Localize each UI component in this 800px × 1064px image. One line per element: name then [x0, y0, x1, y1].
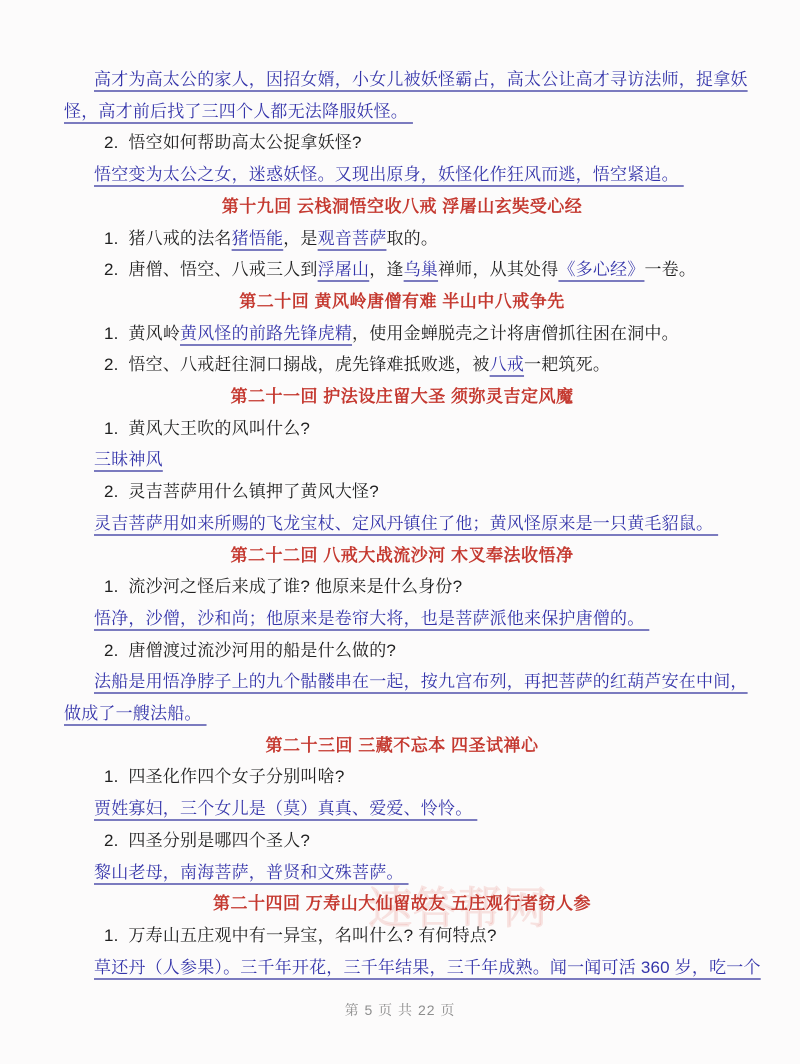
- question-line: 1. 流沙河之怪后来成了谁? 他原来是什么身份?: [64, 571, 740, 603]
- question-text: 1. 猪八戒的法名: [104, 229, 232, 248]
- question-line: 1. 黄风岭黄风怪的前路先锋虎精，使用金蝉脱壳之计将唐僧抓往困在洞中。: [64, 318, 740, 350]
- answer-line: 草还丹（人参果）。三千年开花，三千年结果，三千年成熟。闻一闻可活 360 岁，吃…: [64, 952, 740, 984]
- question-text: 禅师，从其处得: [438, 260, 558, 279]
- document-page: 速答帮网 高才为高太公的家人，因招女婿，小女儿被妖怪霸占，高太公让高才寻访法师，…: [0, 0, 800, 1064]
- chapter-heading: 第二十四回 万寿山大仙留故友 五庄观行者窃人参: [64, 888, 740, 920]
- answer-line: 悟净，沙僧，沙和尚；他原来是卷帘大将，也是菩萨派他来保护唐僧的。: [64, 603, 740, 635]
- question-line: 1. 万寿山五庄观中有一异宝，名叫什么? 有何特点?: [64, 920, 740, 952]
- answer-line: 做成了一艘法船。: [64, 698, 740, 730]
- chapter-heading: 第二十回 黄风岭唐僧有难 半山中八戒争先: [64, 286, 740, 318]
- answer-line: 怪，高才前后找了三四个人都无法降服妖怪。: [64, 96, 740, 128]
- answer-text: 乌巢: [404, 260, 438, 279]
- answer-text: 高才为高太公的家人，因招女婿，小女儿被妖怪霸占，高太公让高才寻访法师，捉拿妖: [94, 70, 748, 89]
- question-line: 2. 悟空、八戒赶往洞口搦战，虎先锋难抵败逃，被八戒一耙筑死。: [64, 349, 740, 381]
- question-line: 2. 四圣分别是哪四个圣人?: [64, 825, 740, 857]
- question-line: 1. 四圣化作四个女子分别叫啥?: [64, 761, 740, 793]
- answer-line: 高才为高太公的家人，因招女婿，小女儿被妖怪霸占，高太公让高才寻访法师，捉拿妖: [64, 64, 740, 96]
- question-text: 取的。: [386, 229, 438, 248]
- answer-text: 悟净，沙僧，沙和尚；他原来是卷帘大将，也是菩萨派他来保护唐僧的。: [94, 609, 649, 628]
- question-text: 1. 流沙河之怪后来成了谁? 他原来是什么身份?: [104, 577, 462, 596]
- question-text: 2. 灵吉菩萨用什么镇押了黄风大怪?: [104, 482, 379, 501]
- answer-text: 《多心经》: [558, 260, 644, 279]
- answer-text: 灵吉菩萨用如来所赐的飞龙宝杖、定风丹镇住了他；黄风怪原来是一只黄毛貂鼠。: [94, 514, 718, 533]
- question-text: 1. 四圣化作四个女子分别叫啥?: [104, 767, 344, 786]
- question-text: 1. 黄风大王吹的风叫什么?: [104, 419, 310, 438]
- question-line: 2. 悟空如何帮助高太公捉拿妖怪?: [64, 127, 740, 159]
- question-text: 2. 悟空如何帮助高太公捉拿妖怪?: [104, 133, 362, 152]
- answer-text: 观音菩萨: [318, 229, 387, 248]
- answer-line: 黎山老母，南海菩萨，普贤和文殊菩萨。: [64, 857, 740, 889]
- answer-text: 浮屠山: [318, 260, 370, 279]
- question-line: 1. 猪八戒的法名猪悟能，是观音菩萨取的。: [64, 223, 740, 255]
- answer-text: 法船是用悟净脖子上的九个骷髅串在一起，按九宫布列，再把菩萨的红葫芦安在中间，: [94, 672, 748, 691]
- answer-text: 草还丹（人参果）。三千年开花，三千年结果，三千年成熟。闻一闻可活 360 岁，吃…: [94, 958, 761, 977]
- question-text: 一耙筑死。: [524, 355, 610, 374]
- answer-text: 悟空变为太公之女，迷惑妖怪。又现出原身，妖怪化作狂风而逃，悟空紧追。: [94, 165, 684, 184]
- question-text: 2. 悟空、八戒赶往洞口搦战，虎先锋难抵败逃，被: [104, 355, 490, 374]
- question-text: ，逢: [369, 260, 403, 279]
- answer-text: 黎山老母，南海菩萨，普贤和文殊菩萨。: [94, 863, 409, 882]
- question-text: 2. 四圣分别是哪四个圣人?: [104, 831, 310, 850]
- page-number: 第 5 页 共 22 页: [0, 1000, 800, 1020]
- question-line: 2. 唐僧渡过流沙河用的船是什么做的?: [64, 635, 740, 667]
- document-body: 高才为高太公的家人，因招女婿，小女儿被妖怪霸占，高太公让高才寻访法师，捉拿妖怪，…: [0, 0, 800, 983]
- chapter-heading: 第二十二回 八戒大战流沙河 木叉奉法收悟净: [64, 540, 740, 572]
- question-text: ，是: [283, 229, 317, 248]
- answer-text: 猪悟能: [232, 229, 284, 248]
- question-text: 2. 唐僧渡过流沙河用的船是什么做的?: [104, 641, 396, 660]
- answer-line: 灵吉菩萨用如来所赐的飞龙宝杖、定风丹镇住了他；黄风怪原来是一只黄毛貂鼠。: [64, 508, 740, 540]
- answer-line: 三昧神风: [64, 444, 740, 476]
- answer-text: 黄风怪的前路先锋虎精: [180, 324, 352, 343]
- answer-text: 怪，高才前后找了三四个人都无法降服妖怪。: [64, 102, 413, 121]
- answer-text: 做成了一艘法船。: [64, 704, 207, 723]
- answer-text: 贾姓寡妇，三个女儿是（莫）真真、爱爱、怜怜。: [94, 799, 477, 818]
- answer-line: 悟空变为太公之女，迷惑妖怪。又现出原身，妖怪化作狂风而逃，悟空紧追。: [64, 159, 740, 191]
- question-text: 2. 唐僧、悟空、八戒三人到: [104, 260, 318, 279]
- question-line: 2. 唐僧、悟空、八戒三人到浮屠山，逢乌巢禅师，从其处得《多心经》一卷。: [64, 254, 740, 286]
- question-text: 一卷。: [644, 260, 696, 279]
- answer-line: 法船是用悟净脖子上的九个骷髅串在一起，按九宫布列，再把菩萨的红葫芦安在中间，: [64, 666, 740, 698]
- question-text: ，使用金蝉脱壳之计将唐僧抓往困在洞中。: [352, 324, 679, 343]
- answer-text: 八戒: [490, 355, 524, 374]
- chapter-heading: 第二十一回 护法设庄留大圣 须弥灵吉定风魔: [64, 381, 740, 413]
- answer-line: 贾姓寡妇，三个女儿是（莫）真真、爱爱、怜怜。: [64, 793, 740, 825]
- chapter-heading: 第二十三回 三藏不忘本 四圣试禅心: [64, 730, 740, 762]
- question-line: 1. 黄风大王吹的风叫什么?: [64, 413, 740, 445]
- chapter-heading: 第十九回 云栈洞悟空收八戒 浮屠山玄奘受心经: [64, 191, 740, 223]
- question-text: 1. 万寿山五庄观中有一异宝，名叫什么? 有何特点?: [104, 926, 497, 945]
- answer-text: 三昧神风: [94, 450, 163, 469]
- question-text: 1. 黄风岭: [104, 324, 180, 343]
- question-line: 2. 灵吉菩萨用什么镇押了黄风大怪?: [64, 476, 740, 508]
